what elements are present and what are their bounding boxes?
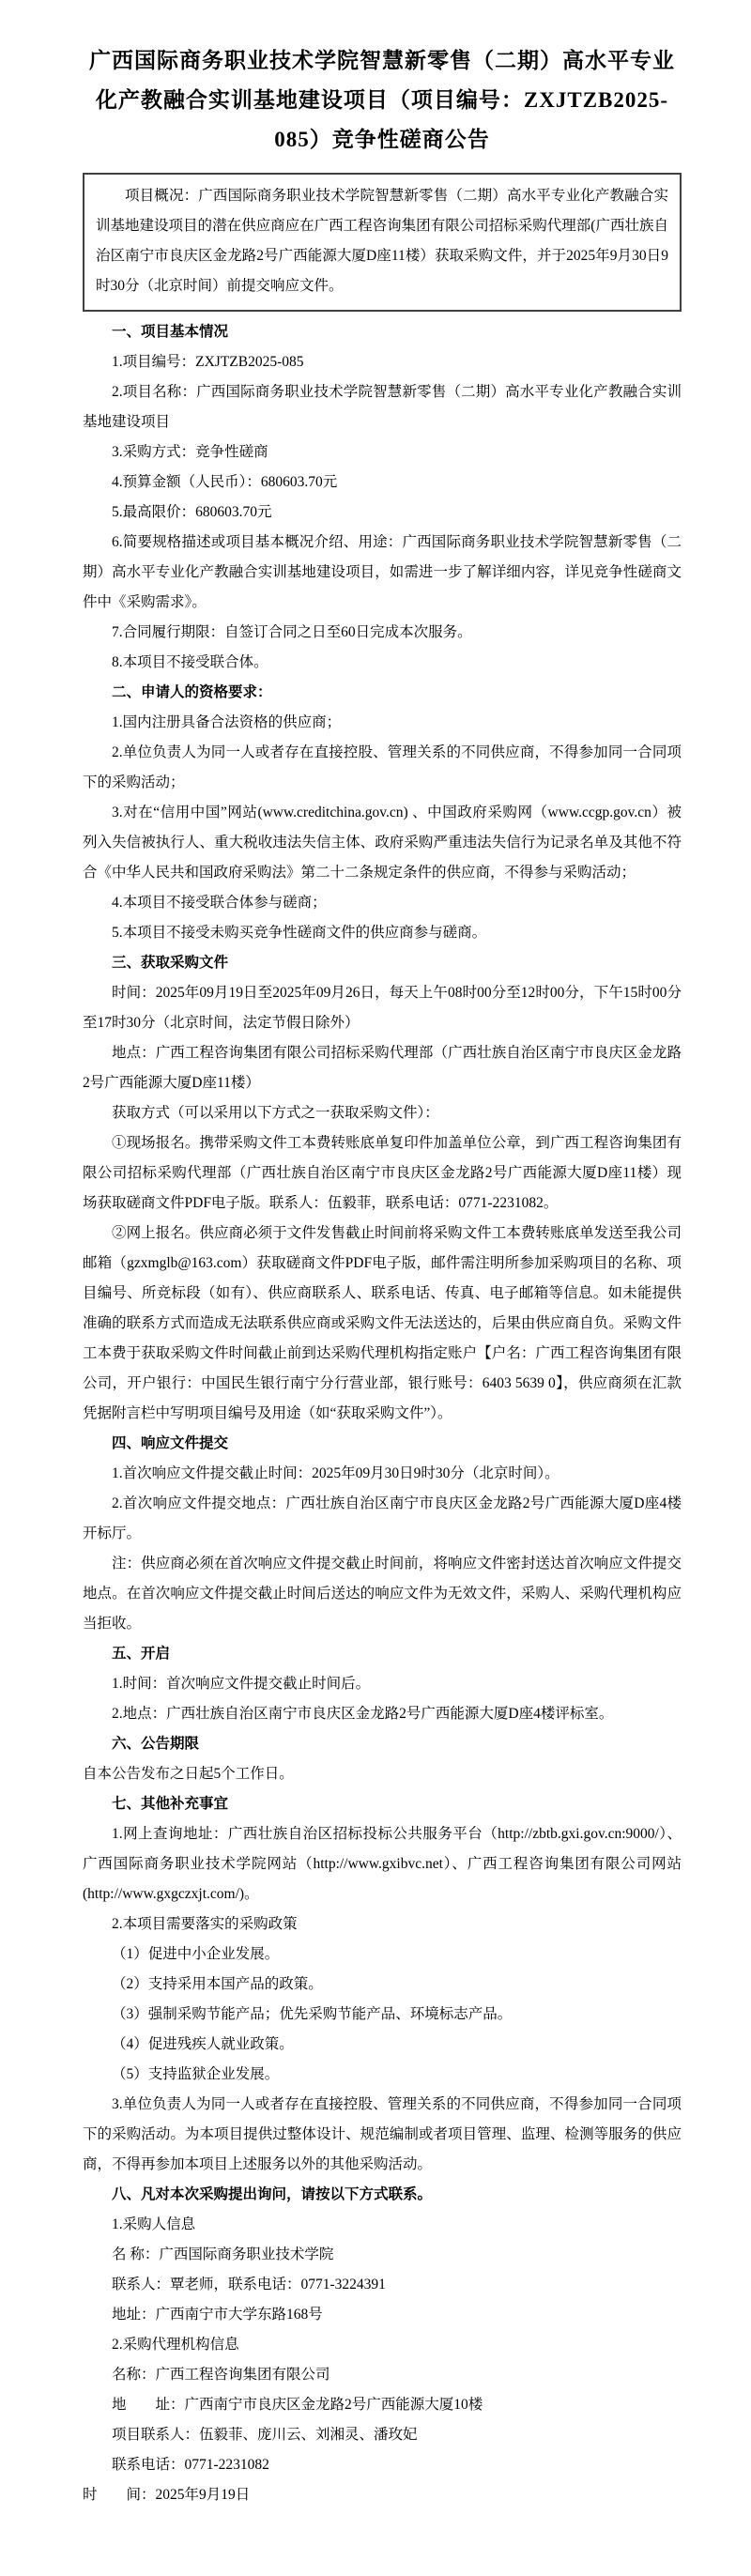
section-heading: 七、其他补充事宜 xyxy=(83,1789,682,1819)
paragraph: 3.采购方式：竞争性磋商 xyxy=(83,437,682,468)
paragraph: 1.国内注册具备合法资格的供应商； xyxy=(83,708,682,738)
paragraph: 名称：广西工程咨询集团有限公司 xyxy=(83,2360,682,2390)
paragraph: 3.单位负责人为同一人或者存在直接控股、管理关系的不同供应商，不得参加同一合同项… xyxy=(83,2090,682,2180)
paragraph: 2.首次响应文件提交地点：广西壮族自治区南宁市良庆区金龙路2号广西能源大厦D座4… xyxy=(83,1489,682,1549)
paragraph: 地址：广西南宁市大学东路168号 xyxy=(83,2300,682,2330)
section-heading: 三、获取采购文件 xyxy=(83,948,682,978)
document-title: 广西国际商务职业技术学院智慧新零售（二期）高水平专业化产教融合实训基地建设项目（… xyxy=(83,41,682,160)
paragraph: 时 间：2025年9月19日 xyxy=(83,2480,682,2510)
section-heading: 六、公告期限 xyxy=(83,1729,682,1759)
section-heading: 一、项目基本情况 xyxy=(83,317,682,347)
paragraph: 1.网上查询地址：广西壮族自治区招标投标公共服务平台（http://zbtb.g… xyxy=(83,1819,682,1909)
paragraph: 2.地点：广西壮族自治区南宁市良庆区金龙路2号广西能源大厦D座4楼评标室。 xyxy=(83,1699,682,1729)
paragraph: 5.最高限价：680603.70元 xyxy=(83,498,682,528)
project-overview-box: 项目概况：广西国际商务职业技术学院智慧新零售（二期）高水平专业化产教融合实训基地… xyxy=(83,173,682,312)
paragraph: 项目联系人：伍毅菲、庞川云、刘湘灵、潘玫妃 xyxy=(83,2420,682,2450)
paragraph: 联系人：覃老师，联系电话：0771-3224391 xyxy=(83,2270,682,2300)
paragraph: 5.本项目不接受未购买竞争性磋商文件的供应商参与磋商。 xyxy=(83,918,682,948)
paragraph: 3.对在“信用中国”网站(www.creditchina.gov.cn) 、中国… xyxy=(83,798,682,888)
paragraph: （3）强制采购节能产品；优先采购节能产品、环境标志产品。 xyxy=(83,2000,682,2030)
document-body: 一、项目基本情况1.项目编号：ZXJTZB2025-0852.项目名称：广西国际… xyxy=(83,317,682,2510)
project-overview-text: 项目概况：广西国际商务职业技术学院智慧新零售（二期）高水平专业化产教融合实训基地… xyxy=(96,181,668,301)
paragraph: ②网上报名。供应商必须于文件发售截止时间前将采购文件工本费转账底单发送至我公司邮… xyxy=(83,1219,682,1429)
paragraph: 名 称：广西国际商务职业技术学院 xyxy=(83,2240,682,2270)
paragraph: 4.预算金额（人民币）：680603.70元 xyxy=(83,468,682,498)
paragraph: （4）促进残疾人就业政策。 xyxy=(83,2030,682,2060)
document-page: 广西国际商务职业技术学院智慧新零售（二期）高水平专业化产教融合实训基地建设项目（… xyxy=(0,0,751,2576)
paragraph: （2）支持采用本国产品的政策。 xyxy=(83,1970,682,2000)
paragraph: 7.合同履行期限：自签订合同之日至60日完成本次服务。 xyxy=(83,618,682,648)
paragraph: 时间：2025年09月19日至2025年09月26日，每天上午08时00分至12… xyxy=(83,978,682,1038)
paragraph: 注：供应商必须在首次响应文件提交截止时间前，将响应文件密封送达首次响应文件提交地… xyxy=(83,1549,682,1639)
section-heading: 八、凡对本次采购提出询问，请按以下方式联系。 xyxy=(83,2180,682,2210)
section-heading: 二、申请人的资格要求： xyxy=(83,678,682,708)
section-heading: 五、开启 xyxy=(83,1639,682,1669)
paragraph: （5）支持监狱企业发展。 xyxy=(83,2060,682,2090)
paragraph: 1.时间：首次响应文件提交截止时间后。 xyxy=(83,1669,682,1699)
paragraph: 1.首次响应文件提交截止时间：2025年09月30日9时30分（北京时间）。 xyxy=(83,1459,682,1489)
paragraph: ①现场报名。携带采购文件工本费转账底单复印件加盖单位公章，到广西工程咨询集团有限… xyxy=(83,1128,682,1219)
paragraph: 2.采购代理机构信息 xyxy=(83,2330,682,2360)
paragraph: 联系电话：0771-2231082 xyxy=(83,2450,682,2480)
paragraph: 8.本项目不接受联合体。 xyxy=(83,648,682,678)
paragraph: （1）促进中小企业发展。 xyxy=(83,1940,682,1970)
paragraph: 6.简要规格描述或项目基本概况介绍、用途：广西国际商务职业技术学院智慧新零售（二… xyxy=(83,528,682,618)
paragraph: 地 址：广西南宁市良庆区金龙路2号广西能源大厦10楼 xyxy=(83,2390,682,2420)
paragraph: 4.本项目不接受联合体参与磋商； xyxy=(83,888,682,918)
paragraph: 2.项目名称：广西国际商务职业技术学院智慧新零售（二期）高水平专业化产教融合实训… xyxy=(83,377,682,437)
paragraph: 2.单位负责人为同一人或者存在直接控股、管理关系的不同供应商，不得参加同一合同项… xyxy=(83,738,682,798)
paragraph: 获取方式（可以采用以下方式之一获取采购文件）： xyxy=(83,1098,682,1128)
paragraph: 2.本项目需要落实的采购政策 xyxy=(83,1909,682,1940)
paragraph: 1.采购人信息 xyxy=(83,2210,682,2240)
paragraph: 地点：广西工程咨询集团有限公司招标采购代理部（广西壮族自治区南宁市良庆区金龙路2… xyxy=(83,1038,682,1098)
paragraph: 自本公告发布之日起5个工作日。 xyxy=(83,1759,682,1789)
paragraph: 1.项目编号：ZXJTZB2025-085 xyxy=(83,347,682,377)
section-heading: 四、响应文件提交 xyxy=(83,1429,682,1459)
